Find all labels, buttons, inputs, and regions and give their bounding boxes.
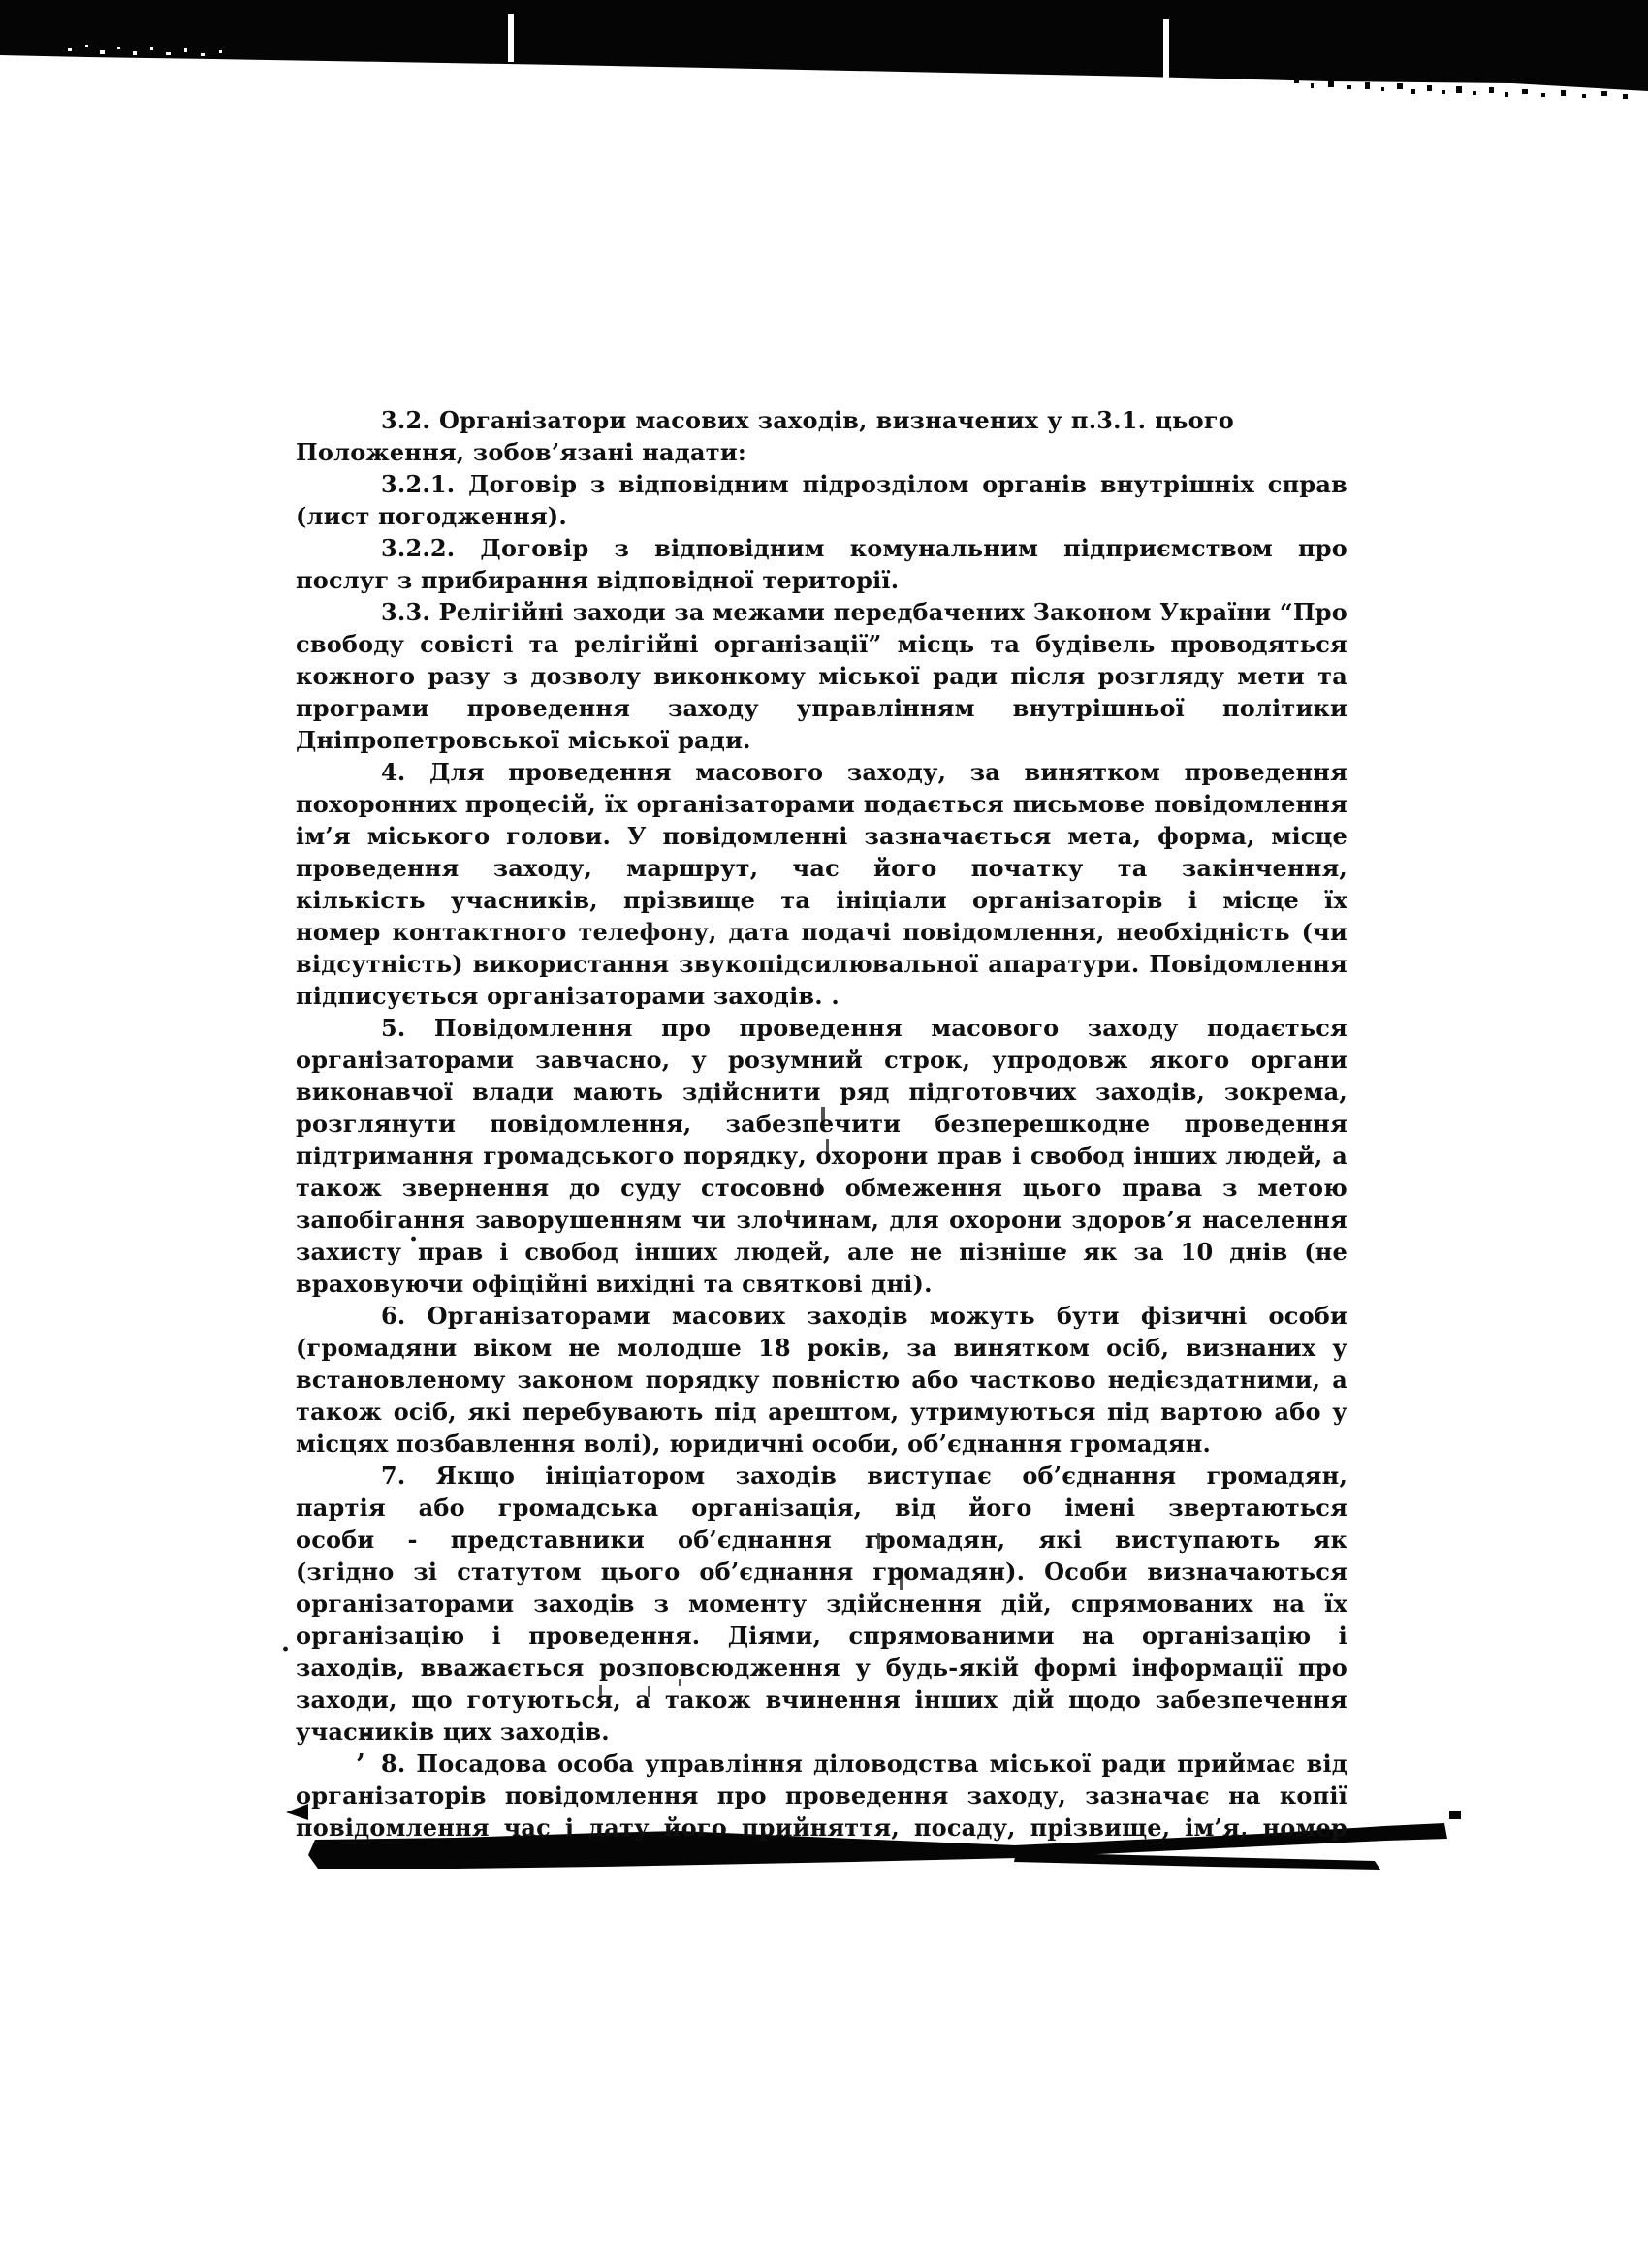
scan-slit-left [508,14,514,62]
scan-speck: · [409,1227,418,1252]
text-line: 6. Організаторами масових заходів можуть… [296,1300,1347,1332]
text-line: 3.2.1. Договір з відповідним підрозділом… [296,468,1347,500]
text-line: заходів, вважається розповсюдження у буд… [296,1652,1347,1684]
text-line: учасників цих заходів. [296,1716,1347,1748]
text-line: 3.3. Релігійні заходи за межами передбач… [296,596,1347,628]
text-line: послуг з прибирання відповідної територі… [296,564,1347,596]
text-line: підписується організаторами заходів. . [296,980,1347,1012]
scan-speck: , [357,1737,365,1762]
text-line: підтримання громадського порядку, охорон… [296,1140,1347,1172]
scan-noise-top-left [68,45,222,56]
scan-slit-right [1163,19,1169,78]
text-line: місцях позбавлення волі), юридичні особи… [296,1428,1347,1460]
text-line: повідомлення час і дату його прийняття, … [296,1811,1347,1843]
scan-noise-top-right [1294,79,1628,99]
scan-band-top [0,0,1648,91]
text-line: організаторів повідомлення про проведенн… [296,1780,1347,1811]
text-line: програми проведення заходу управлінням в… [296,692,1347,724]
scan-speck: . [281,1630,290,1655]
text-line: організацію і проведення. Діями, спрямов… [296,1620,1347,1652]
text-line: номер контактного телефону, дата подачі … [296,916,1347,948]
text-line: 4. Для проведення масового заходу, за ви… [296,756,1347,788]
text-line: заходи, що готуються, а також вчинення і… [296,1684,1347,1716]
text-line: захисту прав і свобод інших людей, але н… [296,1236,1347,1268]
text-line: кожного разу з дозволу виконкому міської… [296,660,1347,692]
text-line: проведення заходу, маршрут, час його поч… [296,852,1347,884]
text-line: встановленому законом порядку повністю а… [296,1364,1347,1396]
scanned-page: 3.2. Організатори масових заходів, визна… [0,0,1648,2268]
text-line: також осіб, які перебувають під арештом,… [296,1396,1347,1428]
text-line: (громадяни віком не молодше 18 років, за… [296,1332,1347,1364]
text-line: (лист погодження). [296,500,1347,532]
text-line: запобігання заворушенням чи злочинам, дл… [296,1204,1347,1236]
text-line: враховуючи офіційні вихідні та святкові … [296,1268,1347,1300]
text-line: ім’я міського голови. У повідомленні заз… [296,820,1347,852]
text-line: також звернення до суду стосовно обмежен… [296,1172,1347,1204]
text-line: свободу совісті та релігійні організації… [296,628,1347,660]
text-line: 3.2. Організатори масових заходів, визна… [296,404,1234,436]
text-line: 8. Посадова особа управління діловодства… [296,1748,1347,1780]
text-line: відсутність) використання звукопідсилюва… [296,948,1347,980]
text-line: похоронних процесій, їх організаторами п… [296,788,1347,820]
text-line: організаторами заходів з моменту здійсне… [296,1588,1347,1620]
text-line: розглянути повідомлення, забезпечити без… [296,1108,1347,1140]
text-line: (згідно зі статутом цього об’єднання гро… [296,1556,1347,1588]
text-line: Дніпропетровської міської ради. [296,724,1347,756]
text-line: Положення, зобов’язані надати: [296,436,1347,468]
text-line: 5. Повідомлення про проведення масового … [296,1012,1347,1044]
text-line: 7. Якщо ініціатором заходів виступає об’… [296,1460,1347,1492]
text-line: партія або громадська організація, від й… [296,1492,1347,1524]
text-block: 3.2. Організатори масових заходів, визна… [296,404,1347,1843]
text-line: організаторами завчасно, у розумний стро… [296,1044,1347,1076]
text-line: особи - представники об’єднання громадян… [296,1524,1347,1556]
scan-speck: . [1060,1233,1068,1258]
text-line: 3.2.2. Договір з відповідним комунальним… [296,532,1347,564]
text-line: кількість учасників, прізвище та ініціал… [296,884,1347,916]
text-line: виконавчої влади мають здійснити ряд під… [296,1076,1347,1108]
